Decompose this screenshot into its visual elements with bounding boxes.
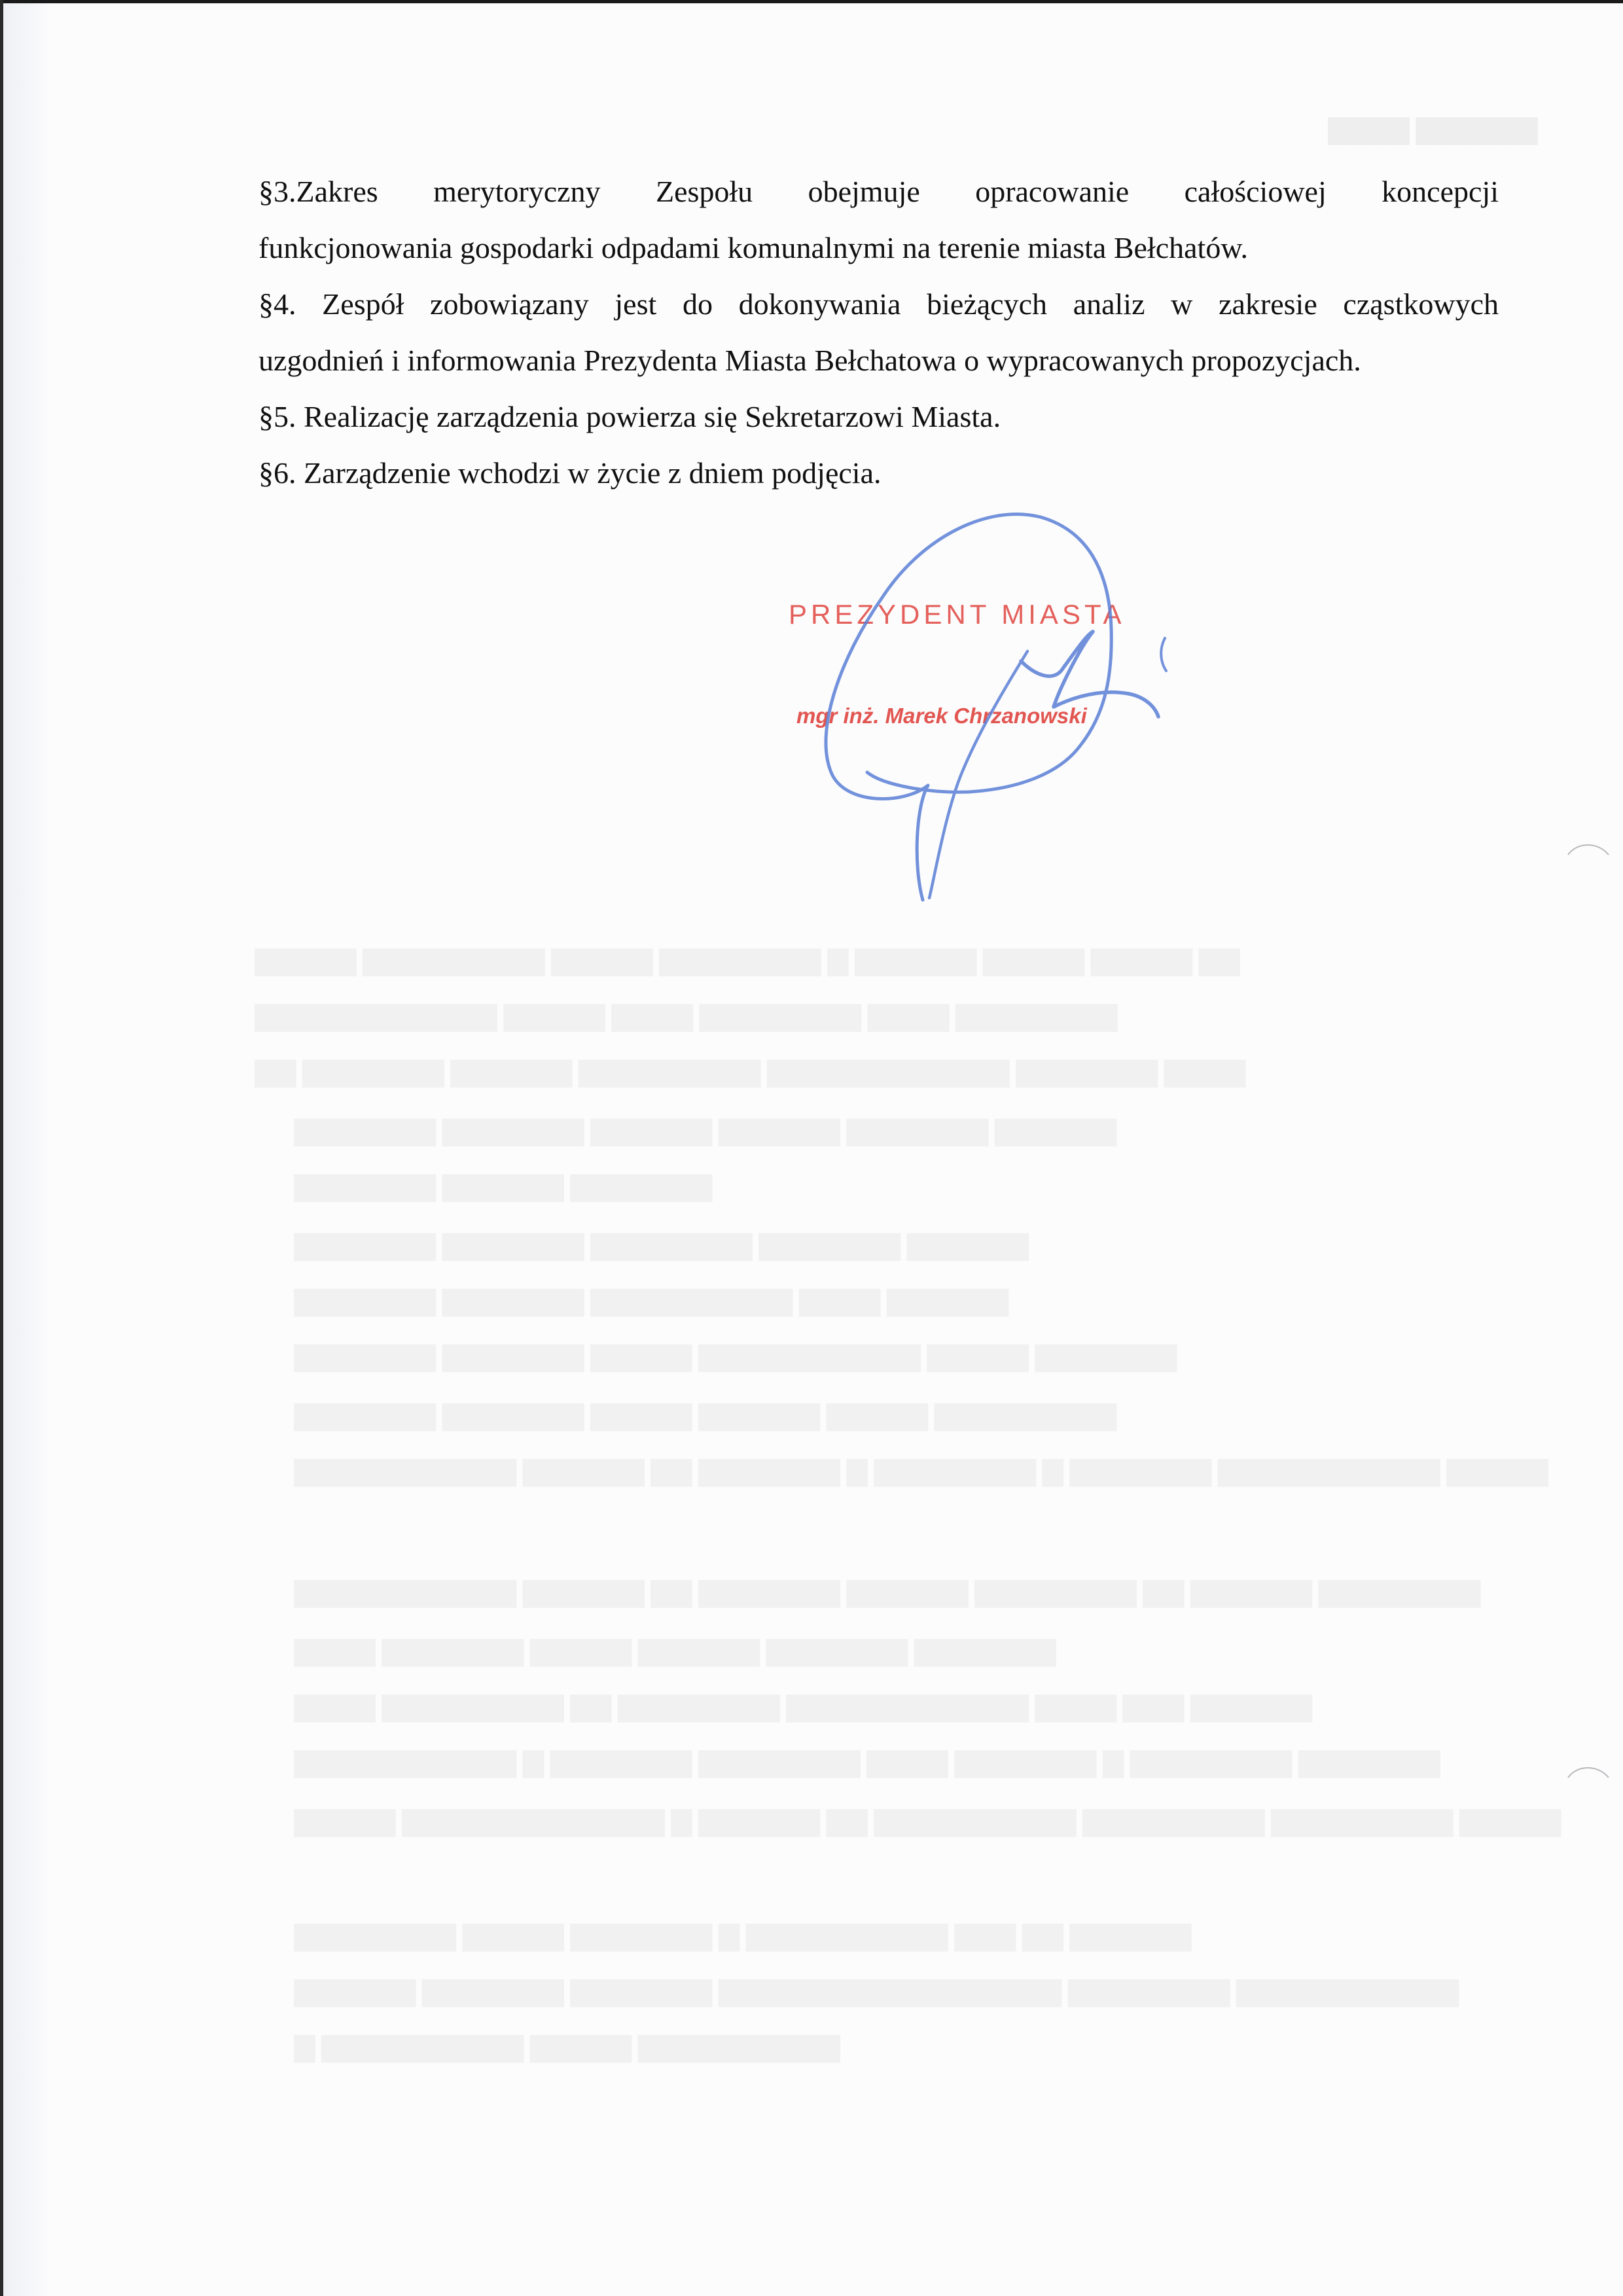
bleed-through-header: ▇▇▇▇ ▇▇▇▇▇▇ <box>1329 115 1537 145</box>
paragraph-3: §3.Zakres merytoryczny Zespołu obejmuje … <box>259 164 1499 276</box>
paragraph-4: §4. Zespół zobowiązany jest do dokonywan… <box>259 276 1499 389</box>
paragraph-4-line-1: §4. Zespół zobowiązany jest do dokonywan… <box>259 276 1499 332</box>
paragraph-4-line-2: uzgodnień i informowania Prezydenta Mias… <box>259 344 1361 377</box>
document-body: §3.Zakres merytoryczny Zespołu obejmuje … <box>259 164 1499 501</box>
bleed-through-text: ▇▇▇▇▇ ▇▇▇▇▇▇▇▇▇▇▇▇▇ ▇ ▇▇▇▇▇▇ ▇▇ ▇▇▇▇▇▇▇▇… <box>294 1806 1561 1837</box>
bleed-through-text: ▇▇ ▇▇▇▇▇▇▇ ▇▇▇▇▇▇ ▇▇▇▇▇▇▇▇▇ ▇▇▇▇▇▇▇▇▇▇▇▇… <box>255 1057 1245 1087</box>
bleed-through-text: ▇▇▇▇▇▇▇▇▇▇▇▇ ▇▇▇▇▇ ▇▇▇▇ ▇▇▇▇▇▇▇▇ ▇▇▇▇ ▇▇… <box>255 1001 1117 1031</box>
bleed-through-text: ▇▇▇▇▇▇▇ ▇▇▇▇▇▇ ▇▇▇▇▇▇▇ <box>294 1172 711 1202</box>
paragraph-3-line-1: §3.Zakres merytoryczny Zespołu obejmuje … <box>259 164 1499 220</box>
scan-top-border <box>0 0 1623 3</box>
stamp-signatory-name: mgr inż. Marek Chrzanowski <box>796 704 1087 728</box>
bleed-through-text: ▇▇▇▇▇ ▇▇▇▇▇▇▇▇▇ ▇▇▇▇▇ ▇▇▇▇▇▇▇▇ ▇ ▇▇▇▇▇▇ … <box>255 946 1240 976</box>
bleed-through-text: ▇▇▇▇▇▇▇▇ ▇▇▇▇▇ ▇▇▇▇▇▇▇ ▇ ▇▇▇▇▇▇▇▇▇▇ ▇▇▇ … <box>294 1921 1191 1951</box>
scan-left-shadow <box>3 3 49 2296</box>
bleed-through-text: ▇▇▇▇▇▇▇▇▇▇▇ ▇▇▇▇▇▇ ▇▇ ▇▇▇▇▇▇▇ ▇ ▇▇▇▇▇▇▇▇… <box>294 1456 1548 1486</box>
bleed-through-text: ▇▇▇▇ ▇▇▇▇▇▇▇▇▇ ▇▇ ▇▇▇▇▇▇▇▇ ▇▇▇▇▇▇▇▇▇▇▇▇ … <box>294 1692 1311 1722</box>
bleed-through-text: ▇▇▇▇▇▇▇ ▇▇▇▇▇▇▇ ▇▇▇▇▇ ▇▇▇▇▇▇▇▇▇▇▇ ▇▇▇▇▇ … <box>294 1342 1177 1372</box>
punch-hole-mark-icon <box>1565 1762 1611 1780</box>
bleed-through-text: ▇ ▇▇▇▇▇▇▇▇▇▇ ▇▇▇▇▇ ▇▇▇▇▇▇▇▇▇▇ <box>294 2032 840 2062</box>
bleed-through-text: ▇▇▇▇▇▇▇ ▇▇▇▇▇▇▇ ▇▇▇▇▇ ▇▇▇▇▇▇ ▇▇▇▇▇ ▇▇▇▇▇… <box>294 1401 1116 1431</box>
bleed-through-text: ▇▇▇▇▇▇▇ ▇▇▇▇▇▇▇ ▇▇▇▇▇▇▇▇▇▇ ▇▇▇▇ ▇▇▇▇▇▇ <box>294 1286 1008 1316</box>
bleed-through-text: ▇▇▇▇▇▇▇▇▇▇▇ ▇ ▇▇▇▇▇▇▇ ▇▇▇▇▇▇▇▇ ▇▇▇▇ ▇▇▇▇… <box>294 1748 1440 1778</box>
bleed-through-text: ▇▇▇▇▇▇ ▇▇▇▇▇▇▇ ▇▇▇▇▇▇▇ ▇▇▇▇▇▇▇▇▇▇▇▇▇▇▇▇▇… <box>294 1977 1458 2007</box>
paragraph-5: §5. Realizację zarządzenia powierza się … <box>259 389 1499 445</box>
punch-hole-mark-icon <box>1565 839 1611 857</box>
bleed-through-text: ▇▇▇▇▇▇▇ ▇▇▇▇▇▇▇ ▇▇▇▇▇▇▇▇ ▇▇▇▇▇▇▇ ▇▇▇▇▇▇ <box>294 1230 1028 1261</box>
paragraph-3-line-2: funkcjonowania gospodarki odpadami komun… <box>259 231 1248 264</box>
bleed-through-text: ▇▇▇▇ ▇▇▇▇▇▇▇ ▇▇▇▇▇ ▇▇▇▇▇▇ ▇▇▇▇▇▇▇ ▇▇▇▇▇▇… <box>294 1636 1056 1666</box>
paragraph-6: §6. Zarządzenie wchodzi w życie z dniem … <box>259 445 1499 501</box>
stamp-title: PREZYDENT MIASTA <box>789 599 1126 630</box>
bleed-through-text: ▇▇▇▇▇▇▇ ▇▇▇▇▇▇▇ ▇▇▇▇▇▇ ▇▇▇▇▇▇ ▇▇▇▇▇▇▇ ▇▇… <box>294 1116 1116 1146</box>
bleed-through-text: ▇▇▇▇▇▇▇▇▇▇▇ ▇▇▇▇▇▇ ▇▇ ▇▇▇▇▇▇▇ ▇▇▇▇▇▇ ▇▇▇… <box>294 1577 1480 1607</box>
